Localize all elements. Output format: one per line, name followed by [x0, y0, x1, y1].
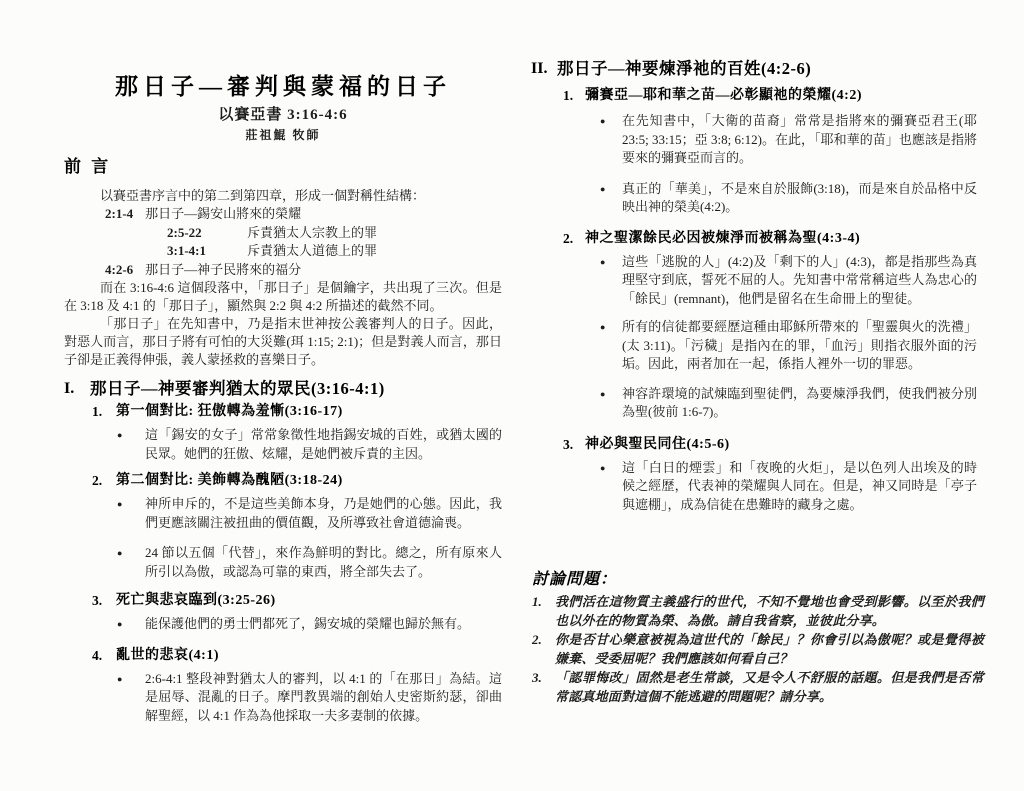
- bullet-icon: ●: [600, 180, 622, 217]
- outline-item: 1.彌賽亞—耶和華之苗—必彰顯祂的榮耀(4:2) ●在先知書中，「大衛的苗裔」常…: [531, 86, 977, 217]
- doc-scripture-ref: 以賽亞書 3:16-4:6: [64, 106, 502, 124]
- right-column: II.那日子—神要煉淨祂的百姓(4:2-6) 1.彌賽亞—耶和華之苗—必彰顯祂的…: [531, 58, 977, 514]
- item-title: 亂世的悲哀(4:1): [116, 646, 219, 666]
- bullet-text: 24 節以五個「代替」，來作為鮮明的對比。總之，所有原來人所引以為傲，或認為可靠…: [145, 544, 502, 581]
- outline-item: 2.神之聖潔餘民必因被煉淨而被稱為聖(4:3-4) ●這些「逃脫的人」(4:2)…: [531, 229, 977, 422]
- discussion-item-number: 2.: [532, 630, 555, 668]
- doc-author: 莊祖鯤 牧師: [64, 128, 502, 143]
- bullet-text: 神容許環境的試煉臨到聖徒們，為要煉淨我們，使我們被分別為聖(彼前 1:6-7)。: [622, 385, 977, 422]
- left-column: 那日子—審判與蒙福的日子 以賽亞書 3:16-4:6 莊祖鯤 牧師 前 言 以賽…: [64, 72, 502, 725]
- outline-text: 那日子—神子民將來的福分: [145, 262, 301, 277]
- preface-paragraph-2: 而在 3:16-4:6 這個段落中，「那日子」是個鑰字，共出現了三次。但是在 3…: [64, 279, 502, 315]
- discussion-item-number: 3.: [532, 668, 555, 706]
- item-title: 死亡與悲哀臨到(3:25-26): [116, 591, 276, 611]
- preface-paragraph-1: 以賽亞書序言中的第二到第四章，形成一個對稱性結構：: [64, 187, 502, 205]
- outline-ref: 3:1-4:1: [167, 242, 247, 261]
- bullet-text: 在先知書中，「大衛的苗裔」常常是指將來的彌賽亞君王(耶 23:5; 33:15；…: [622, 112, 977, 168]
- bullet-icon: ●: [600, 385, 622, 422]
- bullet-text: 真正的「華美」，不是來自於服飾(3:18)，而是來自於品格中反映出神的榮美(4:…: [622, 180, 977, 217]
- bullet-point: ●能保護他們的勇士們都死了，錫安城的榮耀也歸於無有。: [117, 615, 502, 634]
- discussion-item-text: 「認罪悔改」固然是老生常談，又是令人不舒服的話題。但是我們是否常常認真地面對這個…: [555, 668, 984, 706]
- outline-line: 3:1-4:1斥責猶太人道德上的罪: [167, 242, 502, 261]
- section-numeral: I.: [64, 378, 90, 400]
- discussion-item-number: 1.: [532, 592, 555, 630]
- item-title: 神必與聖民同住(4:5-6): [585, 435, 730, 455]
- discussion-item: 3.「認罪悔改」固然是老生常談，又是令人不舒服的話題。但是我們是否常常認真地面對…: [532, 668, 984, 706]
- preface-heading: 前 言: [64, 156, 502, 177]
- item-number: 2.: [92, 471, 116, 491]
- item-heading: 2.神之聖潔餘民必因被煉淨而被稱為聖(4:3-4): [531, 229, 977, 249]
- bullet-point: ●24 節以五個「代替」，來作為鮮明的對比。總之，所有原來人所引以為傲，或認為可…: [117, 544, 502, 581]
- bullet-text: 所有的信徒都要經歷這種由耶穌所帶來的「聖靈與火的洗禮」(太 3:11)。「污穢」…: [622, 318, 977, 374]
- item-title: 第二個對比: 美飾轉為醜陋(3:18-24): [116, 471, 343, 491]
- item-number: 1.: [563, 86, 585, 106]
- discussion-section: 討論問題： 1.我們活在這物質主義盛行的世代，不知不覺地也會受到影響。以至於我們…: [532, 568, 984, 706]
- bullet-icon: ●: [117, 615, 145, 634]
- document-page: 那日子—審判與蒙福的日子 以賽亞書 3:16-4:6 莊祖鯤 牧師 前 言 以賽…: [0, 0, 1024, 791]
- discussion-item-text: 我們活在這物質主義盛行的世代，不知不覺地也會受到影響。以至於我們也以外在的物質為…: [555, 592, 984, 630]
- outline-item: 2.第二個對比: 美飾轉為醜陋(3:18-24) ●神所申斥的，不是這些美飾本身…: [64, 471, 502, 581]
- bullet-icon: ●: [117, 426, 145, 463]
- bullet-icon: ●: [600, 318, 622, 374]
- item-heading: 1.彌賽亞—耶和華之苗—必彰顯祂的榮耀(4:2): [531, 86, 977, 106]
- bullet-icon: ●: [117, 670, 145, 726]
- bullet-point: ●這「錫安的女子」常常象徵性地指錫安城的百姓，或猶太國的民眾。她們的狂傲、炫耀，…: [117, 426, 502, 463]
- outline-line: 2:1-4那日子—錫安山將來的榮耀: [105, 205, 502, 224]
- bullet-point: ●這些「逃脫的人」(4:2)及「剩下的人」(4:3)，都是指那些為真理堅守到底，…: [600, 253, 977, 309]
- item-number: 4.: [92, 646, 116, 666]
- bullet-point: ●神所申斥的，不是這些美飾本身，乃是她們的心態。因此，我們更應該關注被扭曲的價值…: [117, 495, 502, 532]
- discussion-item: 2.你是否甘心樂意被視為這世代的「餘民」？你會引以為傲呢？或是覺得被嫌棄、受委屈…: [532, 630, 984, 668]
- section-1-heading: I.那日子—神要審判猶太的眾民(3:16-4:1): [64, 378, 502, 400]
- outline-ref: 4:2-6: [105, 262, 133, 277]
- item-number: 3.: [92, 591, 116, 611]
- bullet-icon: ●: [117, 544, 145, 581]
- bullet-point: ●這「白日的煙雲」和「夜晚的火炬」，是以色列人出埃及的時候之經歷，代表神的榮耀與…: [600, 459, 977, 515]
- outline-text: 斥責猶太人道德上的罪: [247, 243, 377, 258]
- outline-item: 4.亂世的悲哀(4:1) ●2:6-4:1 整段神對猶太人的審判，以 4:1 的…: [64, 646, 502, 726]
- section-2-heading: II.那日子—神要煉淨祂的百姓(4:2-6): [531, 58, 977, 80]
- outline-text: 斥責猶太人宗教上的罪: [247, 225, 377, 240]
- discussion-item-text: 你是否甘心樂意被視為這世代的「餘民」？你會引以為傲呢？或是覺得被嫌棄、受委屈呢？…: [555, 630, 984, 668]
- bullet-point: ●2:6-4:1 整段神對猶太人的審判，以 4:1 的「在那日」為結。這是屈辱、…: [117, 670, 502, 726]
- item-heading: 1.第一個對比: 狂傲轉為羞慚(3:16-17): [64, 402, 502, 422]
- outline-item: 3.神必與聖民同住(4:5-6) ●這「白日的煙雲」和「夜晚的火炬」，是以色列人…: [531, 435, 977, 515]
- bullet-text: 這「錫安的女子」常常象徵性地指錫安城的百姓，或猶太國的民眾。她們的狂傲、炫耀，是…: [145, 426, 502, 463]
- bullet-point: ●真正的「華美」，不是來自於服飾(3:18)，而是來自於品格中反映出神的榮美(4…: [600, 180, 977, 217]
- doc-title: 那日子—審判與蒙福的日子: [64, 72, 502, 101]
- bullet-point: ●所有的信徒都要經歷這種由耶穌所帶來的「聖靈與火的洗禮」(太 3:11)。「污穢…: [600, 318, 977, 374]
- item-title: 彌賽亞—耶和華之苗—必彰顯祂的榮耀(4:2): [585, 86, 862, 106]
- preface-paragraph-3: 「那日子」在先知書中，乃是指末世神按公義審判人的日子。因此，對惡人而言，那日子將…: [64, 315, 502, 369]
- bullet-icon: ●: [117, 495, 145, 532]
- bullet-icon: ●: [600, 112, 622, 168]
- item-title: 神之聖潔餘民必因被煉淨而被稱為聖(4:3-4): [585, 229, 860, 249]
- outline-item: 1.第一個對比: 狂傲轉為羞慚(3:16-17) ●這「錫安的女子」常常象徵性地…: [64, 402, 502, 463]
- outline-line: 2:5-22斥責猶太人宗教上的罪: [167, 224, 502, 243]
- item-heading: 4.亂世的悲哀(4:1): [64, 646, 502, 666]
- item-heading: 3.死亡與悲哀臨到(3:25-26): [64, 591, 502, 611]
- bullet-text: 神所申斥的，不是這些美飾本身，乃是她們的心態。因此，我們更應該關注被扭曲的價值觀…: [145, 495, 502, 532]
- item-heading: 2.第二個對比: 美飾轉為醜陋(3:18-24): [64, 471, 502, 491]
- bullet-icon: ●: [600, 253, 622, 309]
- bullet-text: 這「白日的煙雲」和「夜晚的火炬」，是以色列人出埃及的時候之經歷，代表神的榮耀與人…: [622, 459, 977, 515]
- bullet-point: ●在先知書中，「大衛的苗裔」常常是指將來的彌賽亞君王(耶 23:5; 33:15…: [600, 112, 977, 168]
- outline-text: 那日子—錫安山將來的榮耀: [145, 206, 301, 221]
- section-numeral: II.: [531, 58, 557, 80]
- bullet-text: 能保護他們的勇士們都死了，錫安城的榮耀也歸於無有。: [145, 615, 502, 634]
- outline-item: 3.死亡與悲哀臨到(3:25-26) ●能保護他們的勇士們都死了，錫安城的榮耀也…: [64, 591, 502, 634]
- bullet-text: 2:6-4:1 整段神對猶太人的審判，以 4:1 的「在那日」為結。這是屈辱、混…: [145, 670, 502, 726]
- item-heading: 3.神必與聖民同住(4:5-6): [531, 435, 977, 455]
- bullet-text: 這些「逃脫的人」(4:2)及「剩下的人」(4:3)，都是指那些為真理堅守到底，誓…: [622, 253, 977, 309]
- item-number: 3.: [563, 435, 585, 455]
- bullet-icon: ●: [600, 459, 622, 515]
- item-title: 第一個對比: 狂傲轉為羞慚(3:16-17): [116, 402, 343, 422]
- item-number: 1.: [92, 402, 116, 422]
- outline-ref: 2:5-22: [167, 224, 247, 243]
- discussion-item: 1.我們活在這物質主義盛行的世代，不知不覺地也會受到影響。以至於我們也以外在的物…: [532, 592, 984, 630]
- discussion-heading: 討論問題：: [532, 568, 984, 592]
- item-number: 2.: [563, 229, 585, 249]
- section-title: 那日子—神要煉淨祂的百姓(4:2-6): [557, 58, 811, 80]
- section-title: 那日子—神要審判猶太的眾民(3:16-4:1): [90, 378, 385, 400]
- outline-ref: 2:1-4: [105, 206, 133, 221]
- bullet-point: ●神容許環境的試煉臨到聖徒們，為要煉淨我們，使我們被分別為聖(彼前 1:6-7)…: [600, 385, 977, 422]
- chiastic-outline: 2:1-4那日子—錫安山將來的榮耀 2:5-22斥責猶太人宗教上的罪 3:1-4…: [64, 205, 502, 279]
- outline-line: 4:2-6那日子—神子民將來的福分: [105, 261, 502, 280]
